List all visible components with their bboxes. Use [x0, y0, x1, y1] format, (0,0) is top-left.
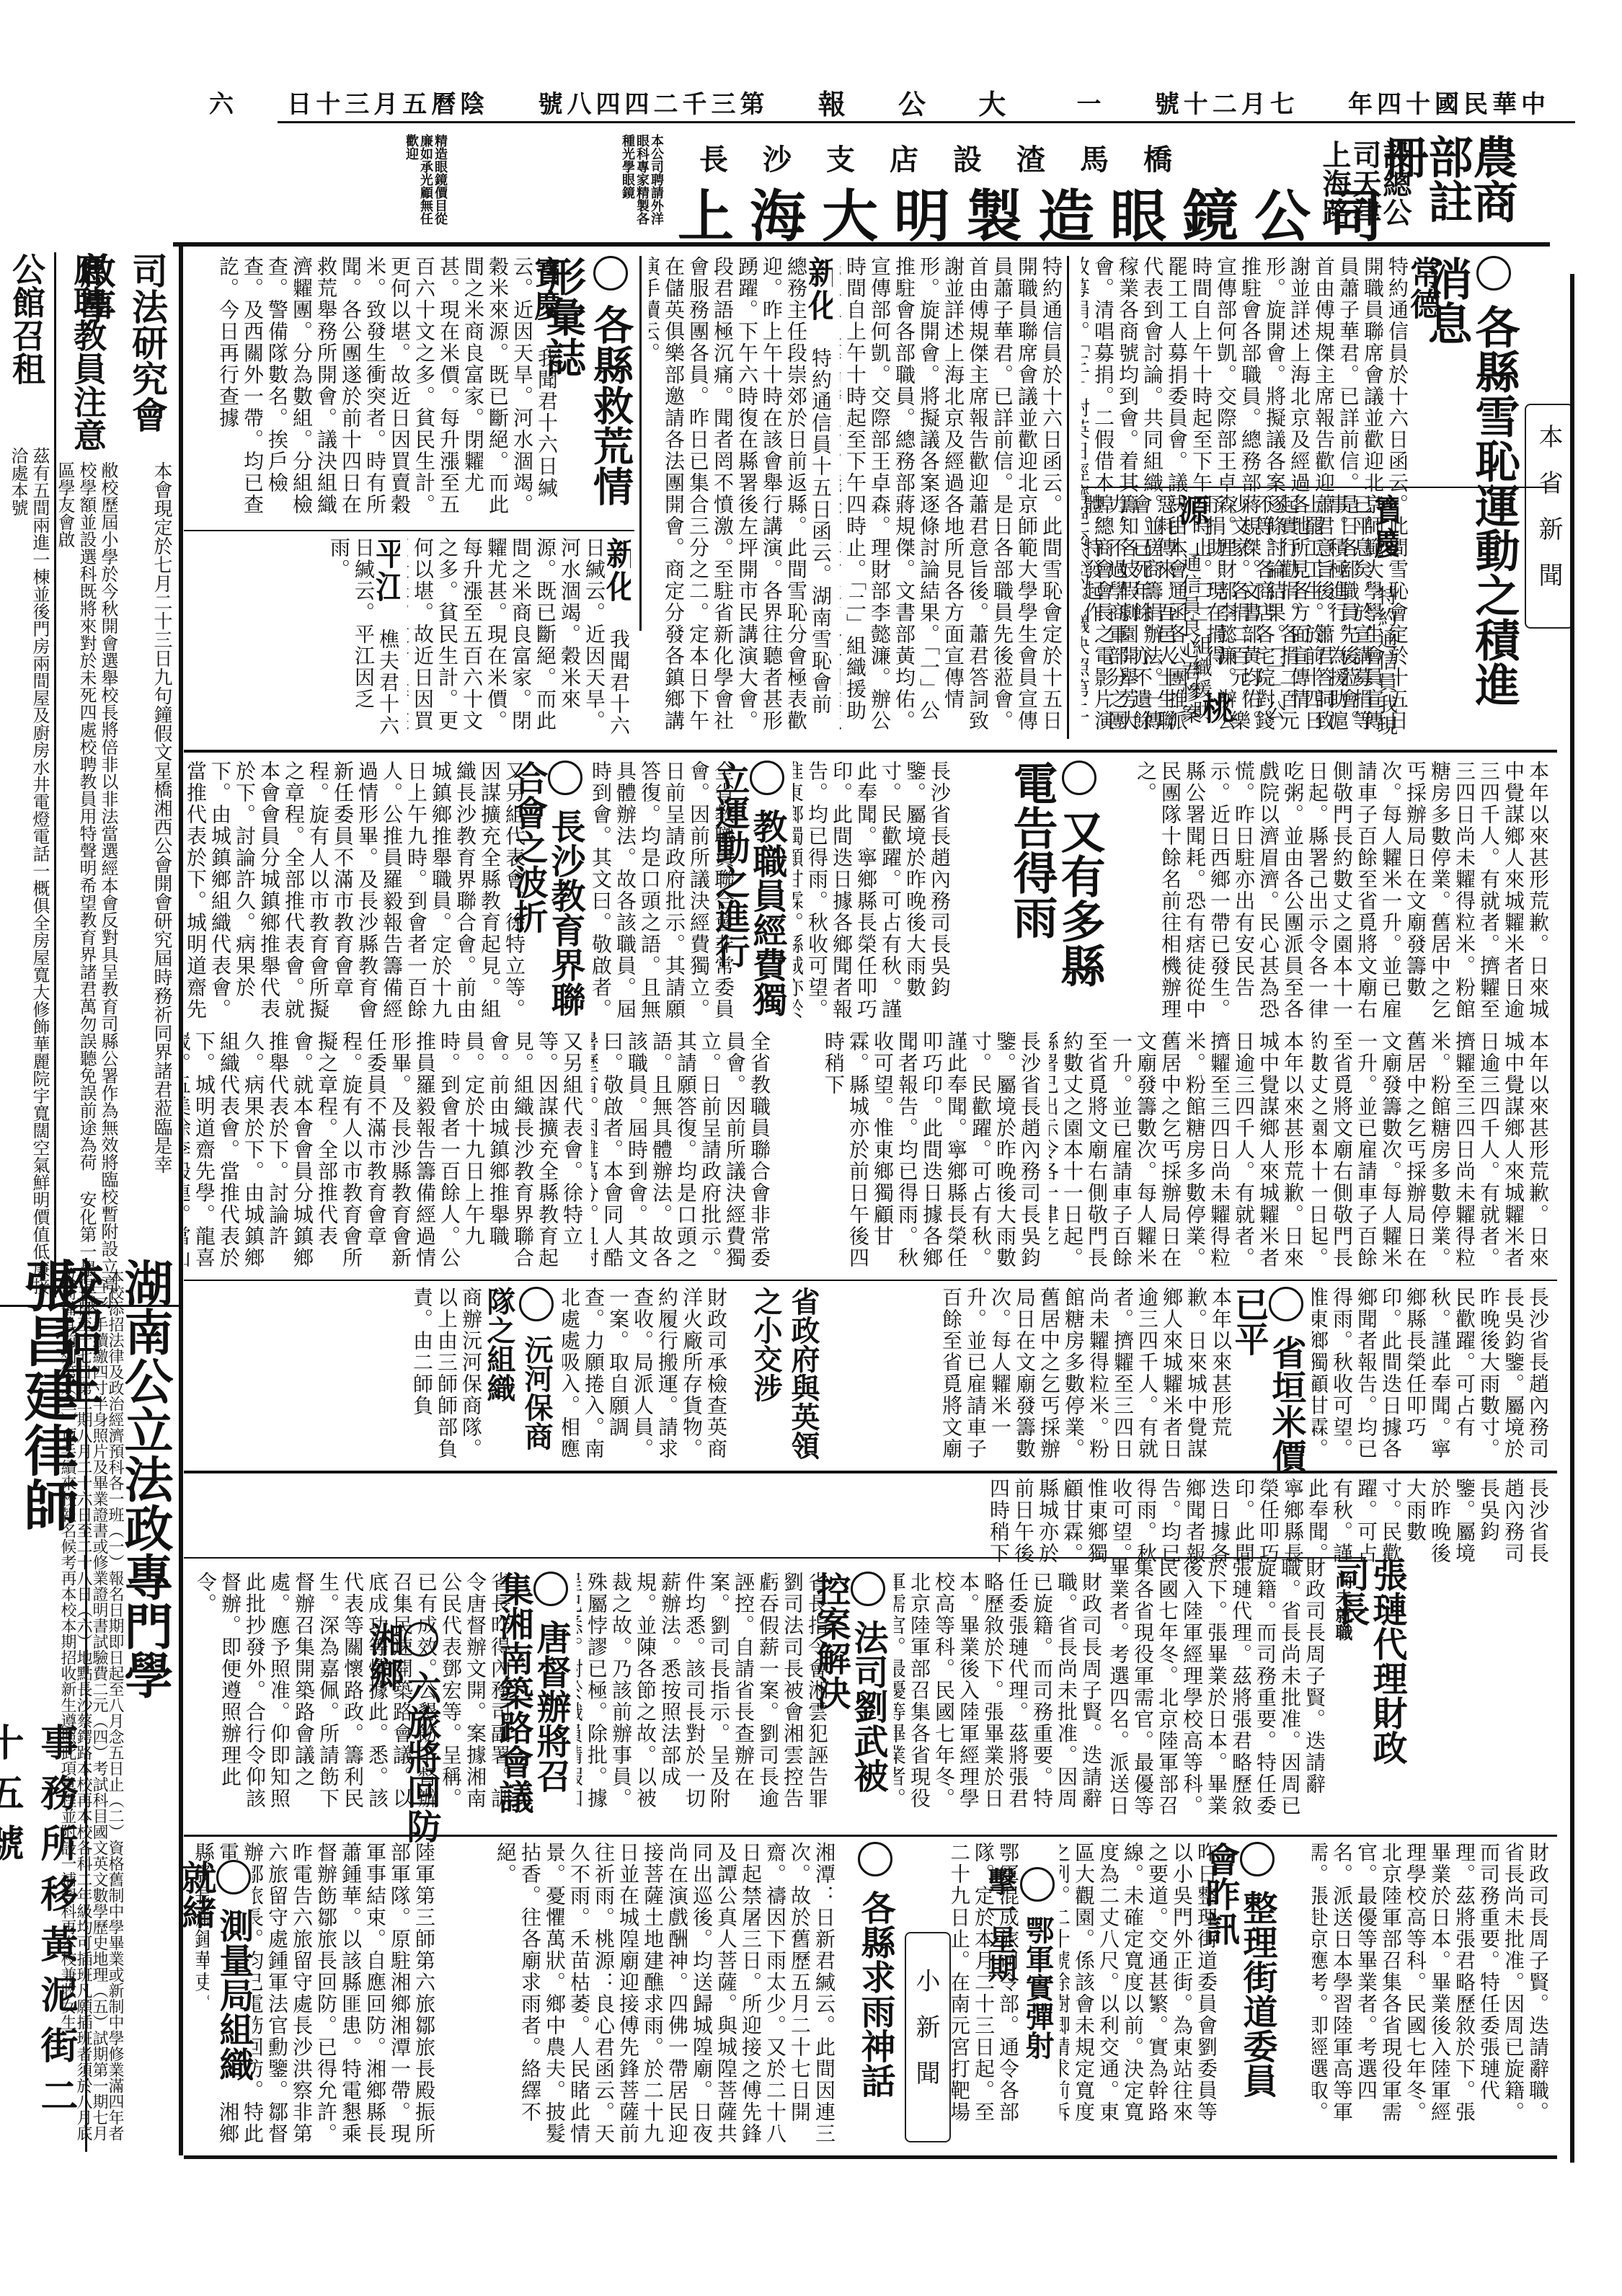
article-body-rain-south: 長沙省長趙內務司長吳鈞鑒。屬境於昨晚後大雨數寸。民歡躍。可占有秋。謹此奉聞。寧鄉… [1312, 1287, 1550, 1460]
article-body-liu-wu: 省長指令會湘雲犯誣告罪劉司法司長被會湘雲控告虧吞假薪一案。劉司長逾誣控。自請省長… [577, 1572, 829, 1817]
circle-bullet-icon [1269, 1287, 1303, 1321]
column-rule [639, 256, 642, 631]
left-column-rule [179, 245, 183, 2155]
headline-rain-report: 又有多縣電告得雨 [959, 761, 1103, 1020]
issue-number: 號八四四二千三第 [539, 84, 769, 120]
ad-house-rent-title: 公館召租 [7, 252, 50, 440]
solar-date: 號十二月七 [1155, 84, 1299, 120]
ad-divider [54, 252, 56, 1298]
row-rule [184, 750, 1557, 753]
headline-hunan-baowei: 沅河保商隊之組織 [490, 1287, 555, 1467]
circle-bullet-icon [533, 1572, 568, 1606]
right-border [1570, 274, 1574, 2163]
circle-bullet-icon [519, 1287, 554, 1321]
article-body-teachers: 全省教職員聯合會非常委員會。因前所議決經費獨立。日前呈請政府批示。其請願答復。均… [591, 761, 735, 1020]
circle-bullet-icon [858, 1842, 892, 1876]
article-body-rain-2: 長沙省長趙內務司長吳鈞鑒。屬境於昨晚後大雨數寸。民歡躍。可占有秋。謹此奉聞。寧鄉… [779, 1031, 1042, 1276]
article-body-famine-countryside: 本年以來甚形荒歉。日來城中覺謀鄉人來城糶米者日逾三四千人。有就者。擠糶至三四日尚… [1117, 761, 1550, 1020]
dateline-changde: 常德 [1409, 256, 1445, 342]
ad-law-school-title: 湖南公立法政專門學校招生 [123, 1258, 180, 1719]
headline-street-committee: 整理街道委員會昨訊 [1226, 1842, 1276, 2116]
column-rule [1067, 256, 1069, 739]
ad-teacher-notice-title: 應聘教員注意 [65, 252, 112, 454]
article-body-seek-rain-top: 長沙省長趙內務司長吳鈞鑒。屬境於昨晚後大雨數寸。民歡躍。可占有秋。謹此奉聞。寧鄉… [1406, 1478, 1550, 1579]
divider [184, 1280, 1557, 1281]
lunar-date: 日十三月五曆陰 [287, 84, 489, 120]
headline-changsha-education: 長沙教育界聯合會之波折 [533, 761, 584, 1020]
headline-live-fire: 鄂軍實彈射擊一星期 [1024, 1867, 1056, 2069]
article-body-changsha-education: 又另組代表會。徐特立等。因謀擴充全縣教育起見。組織長沙教育界聯合會。前由城鎮鄉推… [184, 761, 526, 1020]
day-marker: 一 [1076, 84, 1105, 120]
circle-bullet-icon [593, 256, 628, 291]
ad-law-school-body: 本校添招法律及政治經濟預科各一班（一）報名日期即日起至八月念五日止（二）資格舊制… [94, 1269, 123, 2148]
corner-ad-address: 設總公司天津上海路 [1319, 140, 1410, 241]
divider [184, 1557, 1366, 1559]
article-body-famine: 寶慶 我聞君十六日緘云。近因天旱。河水涸竭。穀米來源。既已斷絕。而此間之米商良富… [184, 256, 559, 523]
headline-zhang-finance: 張璉代理財政司長 [1362, 1557, 1406, 1773]
article-body-rice-relief: 本年以來甚形荒歉。日來城中覺謀鄉人來城糶米者日逾三四千人。有就者。擠糶至三四日尚… [1049, 1031, 1305, 1276]
article-body-teachers-2: 全省教職員聯合會非常委員會。因前所議決經費獨立。日前呈請政府批示。其請願答復。均… [591, 1031, 771, 1276]
headline-survey-bureau: 測量局組織就緒 [209, 1860, 252, 2091]
article-body-xinhua: 新化 特約通信員十五日函云。湖南雪恥會前總務主任段崇郊於日前返縣。此間雪恥分會極… [649, 256, 833, 732]
article-body-liu-wu-prev: 財政司長周子賢。迭請辭職。省長尚未批准。因周已旋籍。而司務重要。特任委張璉代理。… [894, 1572, 1103, 1817]
eyeglass-ad: 長沙支店設渣馬橋 上海大明製造眼鏡公司 精造眼鏡價目從廉如承光顧無任歡迎 本公司… [180, 128, 1269, 235]
masthead: 六 日十三月五曆陰 號八四四二千三第 報 公 大 一 號十二月七 年四十國民華中 [209, 87, 1550, 117]
article-body-rain: 長沙省長趙內務司長吳鈞鑒。屬境於昨晚後大雨數寸。民歡躍。可占有秋。謹此奉聞。寧鄉… [793, 761, 952, 1020]
circle-bullet-icon [1476, 256, 1511, 291]
paper-name: 報 公 大 [818, 82, 1027, 122]
headline-famine-summary: 各縣救荒情形彙誌 [562, 256, 634, 530]
ad-judicial-research-title: 司法研究會啟事 [126, 252, 173, 454]
headline-province-rice: 省垣米價已平 [1240, 1287, 1305, 1474]
article-body-tang-road: 省長昨得內務司副署。訓令唐督辦文開。案據湘南公民代表鄧宏等。呈稱。已有成效。公懇… [184, 1572, 512, 1817]
ad-teacher-notice-body: 敝校歷屆小學於今秋開會選舉校長將倍非以非法當選經本會反對具呈教育司縣公署作為無效… [58, 461, 119, 1312]
headline-shame-movement: 各縣雪恥運動之積進消息 [1445, 256, 1517, 732]
banner-rule [173, 242, 1550, 247]
ad-lawyer-address: 事務所移黃泥街二十五號 [40, 1723, 83, 2155]
page-number: 六 [209, 84, 238, 120]
article-body-seek-rain: 湘潭：日新君緘云。此間因連三次。故於舊歷五月二十七日開齋。禱因下雨太少。又於二十… [447, 1842, 836, 2145]
ad-judicial-research-body: 本會現定於七月二十三日九句鐘假文星橋湘西公會開會研究屆時務祈同界諸君蒞臨是幸 [126, 461, 173, 1312]
circle-bullet-icon [1240, 1842, 1275, 1876]
article-body-pingjiang: 平江 樵夫君十六日緘云。平江因乏雨。 [184, 537, 400, 739]
circle-bullet-icon [404, 1622, 438, 1657]
headline-tang-road: 唐督辦將召集湘南築路會議 [519, 1572, 570, 1817]
ad-lawyer-name: 張昌建律師 [29, 1258, 87, 1705]
section-label-small-news: 小新聞 [905, 1932, 951, 2142]
circle-bullet-icon [851, 1572, 885, 1606]
article-body-survey-bureau: 財政司長周子賢。迭請辭職。省長尚未批准。因周已旋籍。而司務重要。特任委張璉代理。… [1312, 1842, 1550, 2130]
article-body-government-exam: 財政司承檢查英商洋火廠所存貨物。約履行搬運。請求查收。局派人員。一案。取自願調查… [562, 1287, 728, 1460]
circle-bullet-icon [1020, 1867, 1055, 1902]
article-body-zhang-finance: 財政司長周子賢。迭請辭職。省長尚未批准。因周已旋籍。而司務重要。特任委張璉代理。… [1110, 1557, 1326, 1824]
corner-ad-title: 農商部註冊 [1420, 134, 1514, 235]
headline-seek-rain: 各縣求雨神話 [843, 1842, 894, 2145]
article-body-xinhua-2: 新化 我聞君十六日緘云。近因天旱。河水涸竭。穀米來源。既已斷絕。而此間之米商良富… [407, 537, 631, 739]
ad-house-rent-body: 茲有五間兩進一棟並後門房兩間屋及廚房水井電燈電話一概俱全房屋寬大修飾華麗院宇寬闊… [7, 447, 50, 1298]
subhead-zhang-finance: 尚未就職 [1334, 1572, 1355, 1745]
article-body-changsha-education-2: 又另組代表會。徐特立等。因謀擴充全縣教育起見。組織長沙教育界聯合會。前由城鎮鄉推… [184, 1031, 584, 1269]
circle-bullet-icon [1062, 761, 1096, 795]
headline-liu-wu-case: 法司劉武被控案解決 [836, 1572, 887, 1817]
article-body-hunan-baowei: 商辦沅河保商隊。以上由三師師部負責。由二師負 [184, 1287, 483, 1460]
headline-teachers: 教職員經費獨立運動之進行 [743, 761, 786, 1020]
article-body-live-fire: 鄂軍混成旅司令部。通令各部隊。定於本月二十三日起。至二十九日止。在南元宮打靶場實… [952, 1842, 1020, 2130]
registration-ad: 農商部註冊 設總公司天津上海路 [1276, 128, 1579, 235]
ad-copy-right: 本公司聘請外洋眼科專家精製各種光學眼鏡 [469, 134, 663, 228]
republic-year: 年四十國民華中 [1348, 84, 1550, 120]
article-body-baoqing-taoyuan: 寶慶 特約通信員我現已平息矣。於宣講募捐等事。積極進行。為援助滬上罷工工生。於前… [1081, 494, 1399, 739]
headline-government-exam: 省政府與英領之小交涉 [735, 1287, 822, 1467]
article-body-rice-price: 本年以來甚形荒歉。日來城中覺謀鄉人來城糶米者日逾三四千人。有就者。擠糶至三四日尚… [937, 1287, 1233, 1460]
divider [184, 530, 634, 531]
masthead-rule [278, 121, 1575, 123]
article-body-shame-cont: 特約通信員於十六日函云。此間雪恥會定於十五日開職員聯席會議並歡迎北京師範大學學生… [840, 256, 1063, 732]
ad-copy-left: 精造眼鏡價目從廉如承光顧無任歡迎 [180, 134, 447, 228]
article-body-street-committee: 昨日整理街道委員會劉委員等以小吳門外正街。為東站往來之要道。交通甚繁。實為幹路線… [1060, 1842, 1218, 2130]
section-label-provincial: 本省新聞 [1525, 404, 1574, 629]
circle-bullet-icon [750, 761, 784, 795]
divider [1081, 487, 1557, 488]
bottom-rule [184, 2155, 1557, 2159]
circle-bullet-icon [548, 761, 582, 795]
article-body-famine-countryside-2: 本年以來甚形荒歉。日來城中覺謀鄉人來城糶米者日逾三四千人。有就者。擠糶至三四日尚… [1312, 1031, 1550, 1276]
row-rule [184, 1471, 1557, 1473]
headline-sixth-brigade: 六旅將回防湘鄉 [389, 1622, 440, 1853]
circle-bullet-icon [216, 1860, 251, 1894]
